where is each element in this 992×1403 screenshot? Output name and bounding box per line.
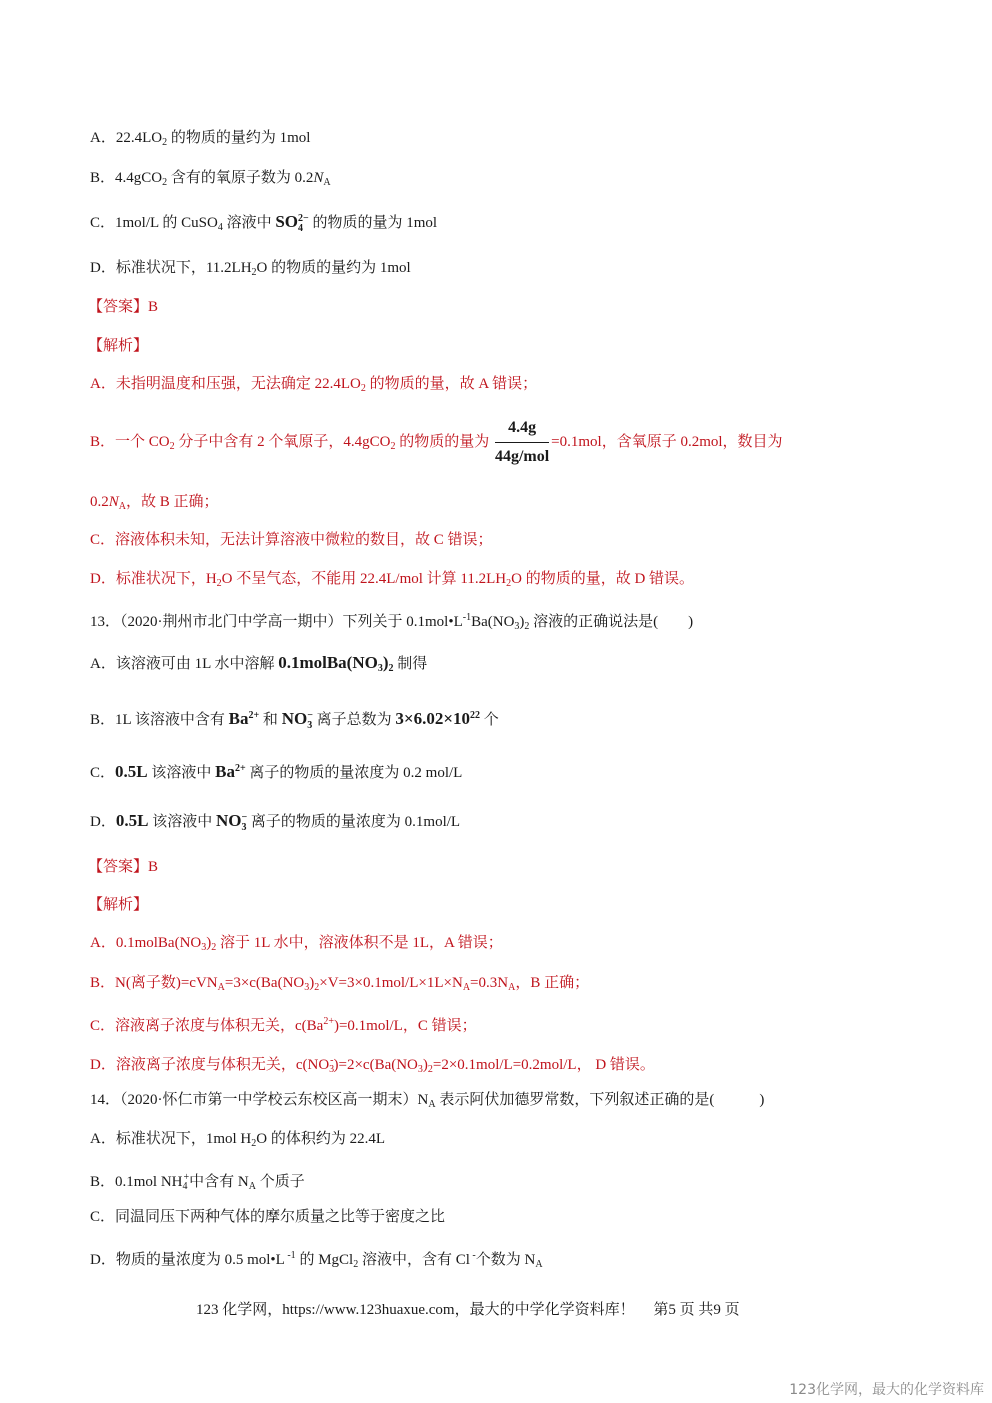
superscript: 2+ (235, 763, 246, 774)
superscript: 22 (470, 710, 480, 721)
q12-analysis-d: D．标准状况下，H2O 不呈气态，不能用 22.4L/mol 计算 11.2LH… (90, 569, 694, 594)
barium-ion: Ba (229, 709, 249, 728)
analysis-tag: 【解析】 (88, 336, 148, 354)
barium-ion: Ba (215, 762, 235, 781)
q14-option-b: B．0.1mol NH4+中含有 NA 个质子 (90, 1168, 305, 1197)
text: 14．（2020·怀仁市第一中学校云东校区高一期末）N (90, 1092, 428, 1108)
text: 溶于 1L 水中，溶液体积不是 1L，A 错误； (216, 935, 503, 951)
text: 和 (259, 712, 282, 728)
text: 22.4LO (116, 130, 162, 146)
q12-option-a: A．22.4LO2 的物质的量约为 1mol (90, 128, 310, 153)
q12-option-d: D．标准状况下，11.2LH2O 的物质的量约为 1mol (90, 258, 411, 283)
text: O 的体积约为 22.4L (256, 1131, 385, 1147)
text: =0.1mol，含氧原子 0.2mol，数目为 (551, 434, 782, 450)
text: 离子的物质的量浓度为 0.1mol/L (247, 814, 460, 830)
text: ，B 正确； (515, 975, 589, 991)
option-label: B． (90, 1174, 115, 1190)
q12-analysis-c: C．溶液体积未知，无法计算溶液中微粒的数目，故 C 错误； (90, 530, 493, 550)
text: 物质的量浓度为 0.5 mol•L (116, 1252, 285, 1268)
subscript: A (463, 982, 470, 993)
q13-option-a: A．该溶液可由 1L 水中溶解 0.1molBa(NO3)2 制得 (90, 653, 427, 679)
q12-analysis-heading: 【解析】 (88, 335, 148, 356)
ion-count: 3×6.02×10 (395, 709, 470, 728)
text: 个 (480, 712, 499, 728)
text: 表示阿伏加德罗常数，下列叙述正确的是( ) (436, 1092, 765, 1108)
avogadro-symbol: N (313, 170, 323, 186)
subscript: A (535, 1259, 542, 1270)
watermark: 123化学网，最大的化学资料库 (789, 1379, 984, 1399)
avogadro-symbol: N (109, 494, 119, 510)
option-label: D． (90, 1252, 116, 1268)
text: 溶液中 (223, 215, 276, 231)
page-footer: 123 化学网，https://www.123huaxue.com，最大的中学化… (196, 1298, 740, 1319)
subscript: A (428, 1099, 435, 1110)
text: C．溶液离子浓度与体积无关，c(Ba (90, 1018, 323, 1034)
answer-tag: 【答案】 (88, 857, 148, 875)
footer-text: 123 化学网，https://www.123huaxue.com，最大的中学化… (196, 1302, 740, 1318)
text: Ba(NO (471, 614, 514, 630)
text: =0.3N (470, 975, 508, 991)
watermark-text: 123化学网，最大的化学资料库 (789, 1382, 984, 1398)
text: 0.2 (90, 494, 109, 510)
subscript: A (249, 1181, 256, 1192)
text: O 不呈气态，不能用 22.4L/mol 计算 11.2LH (222, 571, 506, 587)
q14-option-c: C．同温同压下两种气体的摩尔质量之比等于密度之比 (90, 1207, 445, 1227)
q13-analysis-heading: 【解析】 (88, 894, 148, 915)
text: 个数为 N (476, 1252, 536, 1268)
text: 的物质的量约为 1mol (167, 130, 310, 146)
text: 的物质的量为 1mol (309, 215, 437, 231)
fraction-denominator: 44g/mol (495, 443, 549, 469)
option-label: A． (90, 656, 116, 672)
text: B．一个 CO (90, 434, 170, 450)
q12-analysis-b: B．一个 CO2 分子中含有 2 个氧原子，4.4gCO2 的物质的量为 4.4… (90, 416, 783, 469)
answer-value: B (148, 299, 158, 315)
text: O 的物质的量约为 1mol (257, 260, 411, 276)
text: 的 MgCl (296, 1252, 354, 1268)
subscript: A (119, 501, 126, 512)
option-label: D． (90, 814, 116, 830)
text: C．溶液体积未知，无法计算溶液中微粒的数目，故 C 错误； (90, 532, 493, 548)
superscript: -1 (463, 612, 471, 623)
subscript: 4 (298, 224, 309, 234)
text: 个质子 (256, 1174, 305, 1190)
text: 4.4gCO (115, 170, 162, 186)
q13-analysis-a: A．0.1molBa(NO3)2 溶于 1L 水中，溶液体积不是 1L，A 错误… (90, 933, 503, 958)
text: D．溶液离子浓度与体积无关，c(NO (90, 1057, 329, 1073)
text: 1L 该溶液中含有 (115, 712, 229, 728)
q12-analysis-a: A．未指明温度和压强，无法确定 22.4LO2 的物质的量，故 A 错误； (90, 374, 537, 399)
option-label: A． (90, 1131, 116, 1147)
text: 1mol/L 的 CuSO (115, 215, 218, 231)
q13-analysis-c: C．溶液离子浓度与体积无关，c(Ba2+)=0.1mol/L，C 错误； (90, 1012, 477, 1036)
q14-option-d: D．物质的量浓度为 0.5 mol•L -1 的 MgCl2 溶液中，含有 Cl… (90, 1246, 543, 1275)
text: 溶液的正确说法是( ) (529, 614, 693, 630)
q14-stem: 14．（2020·怀仁市第一中学校云东校区高一期末）NA 表示阿伏加德罗常数，下… (90, 1090, 764, 1115)
option-label: C． (90, 215, 115, 231)
subscript: A (218, 982, 225, 993)
text: D．标准状况下，H (90, 571, 217, 587)
option-label: D． (90, 260, 116, 276)
option-label: C． (90, 1209, 115, 1225)
option-label: B． (90, 712, 115, 728)
q13-option-c: C．0.5L 该溶液中 Ba2+ 离子的物质的量浓度为 0.2 mol/L (90, 759, 462, 783)
fraction-molar-calc: 4.4g 44g/mol (495, 416, 549, 469)
text: O 的物质的量，故 D 错误。 (511, 571, 694, 587)
text: 的物质的量为 (395, 434, 489, 450)
answer-tag: 【答案】 (88, 297, 148, 315)
text: 制得 (394, 656, 428, 672)
text: 标准状况下，11.2LH (116, 260, 252, 276)
text: 该溶液中 (148, 765, 216, 781)
answer-value: B (148, 859, 158, 875)
text: ，故 B 正确； (126, 494, 219, 510)
text: B．N(离子数)=cVN (90, 975, 218, 991)
nitrate-ion: NO (282, 709, 308, 728)
text: 离子的物质的量浓度为 0.2 mol/L (246, 765, 463, 781)
text: ×V=3×0.1mol/L×1L×N (319, 975, 463, 991)
q13-option-d: D．0.5L 该溶液中 NO−3 离子的物质的量浓度为 0.1mol/L (90, 811, 460, 833)
option-label: A． (90, 130, 116, 146)
text: 的物质的量，故 A 错误； (366, 376, 537, 392)
q12-analysis-b-cont: 0.2NA，故 B 正确； (90, 492, 219, 517)
formula: 0.1molBa(NO (278, 653, 378, 672)
text: =2×0.1mol/L=0.2mol/L， D 错误。 (433, 1057, 655, 1073)
q14-option-a: A．标准状况下，1mol H2O 的体积约为 22.4L (90, 1129, 385, 1154)
q12-option-c: C．1mol/L 的 CuSO4 溶液中 SO2−4 的物质的量为 1mol (90, 212, 437, 238)
q13-analysis-d: D．溶液离子浓度与体积无关，c(NO3-)=2×c(Ba(NO3)2=2×0.1… (90, 1051, 655, 1080)
text: 分子中含有 2 个氧原子，4.4gCO (175, 434, 391, 450)
text: A．未指明温度和压强，无法确定 22.4LO (90, 376, 361, 392)
text: 含有的氧原子数为 0.2 (167, 170, 313, 186)
superscript: -1 (285, 1250, 296, 1261)
text: 该溶液中 (148, 814, 216, 830)
text: 0.1mol NH (115, 1174, 183, 1190)
q12-option-b: B．4.4gCO2 含有的氧原子数为 0.2NA (90, 168, 331, 193)
text: 中含有 N (189, 1174, 249, 1190)
q12-answer: 【答案】B (88, 296, 158, 317)
volume: 0.5L (115, 762, 148, 781)
text: )=0.1mol/L，C 错误； (334, 1018, 477, 1034)
text: =3×c(Ba(NO (225, 975, 304, 991)
text: 同温同压下两种气体的摩尔质量之比等于密度之比 (115, 1209, 445, 1225)
fraction-numerator: 4.4g (495, 416, 549, 443)
volume: 0.5L (116, 811, 149, 830)
nitrate-ion: NO (216, 811, 242, 830)
analysis-tag: 【解析】 (88, 895, 148, 913)
option-label: C． (90, 765, 115, 781)
text: 离子总数为 (313, 712, 396, 728)
text: 13．（2020·荆州市北门中学高一期中）下列关于 0.1mol•L (90, 614, 463, 630)
superscript: 2+ (248, 710, 259, 721)
q13-stem: 13．（2020·荆州市北门中学高一期中）下列关于 0.1mol•L-1Ba(N… (90, 608, 693, 637)
option-label: B． (90, 170, 115, 186)
q13-analysis-b: B．N(离子数)=cVNA=3×c(Ba(NO3)2×V=3×0.1mol/L×… (90, 973, 589, 998)
q13-answer: 【答案】B (88, 856, 158, 877)
text: 该溶液可由 1L 水中溶解 (116, 656, 278, 672)
text: A．0.1molBa(NO (90, 935, 201, 951)
text: )=2×c(Ba(NO (334, 1057, 418, 1073)
text: 溶液中，含有 Cl (358, 1252, 470, 1268)
subscript: A (323, 177, 330, 188)
q13-option-b: B．1L 该溶液中含有 Ba2+ 和 NO−3 离子总数为 3×6.02×102… (90, 706, 499, 731)
text: 标准状况下，1mol H (116, 1131, 251, 1147)
superscript: 2+ (323, 1016, 334, 1027)
sulfate-ion: SO (275, 212, 298, 231)
